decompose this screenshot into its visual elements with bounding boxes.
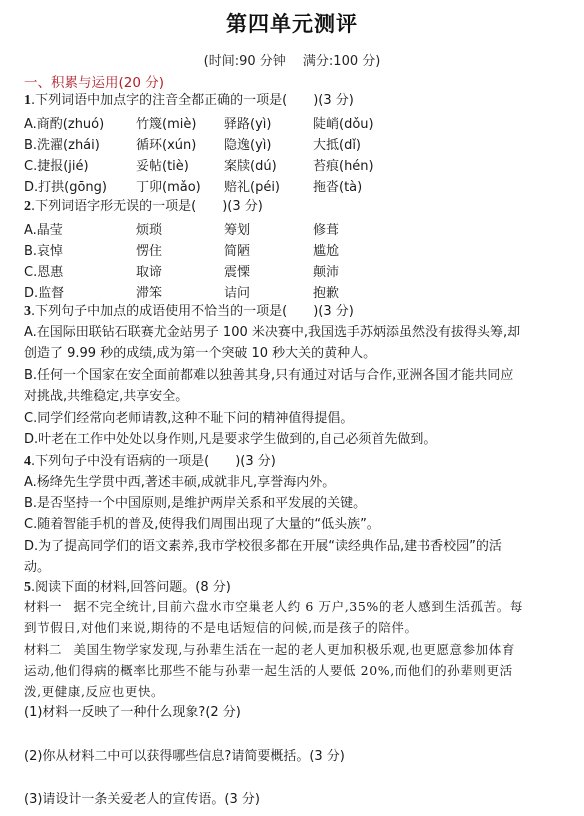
question-3-stem: 3.下列句子中加点的成语使用不恰当的一项是( )(3 分) bbox=[24, 302, 354, 322]
option-d-line-2: 动。 bbox=[24, 558, 50, 578]
question-number: 1 bbox=[24, 93, 31, 108]
option-cell: C.恩惠 bbox=[24, 261, 63, 280]
option-b-line-2: 对挑战,共维稳定,共享安全。 bbox=[24, 387, 188, 407]
material-1-line-2: 到节假日,对他们来说,期待的不是电话短信的问候,而是孩子的陪伴。 bbox=[24, 618, 418, 638]
page-title: 第四单元测评 bbox=[0, 8, 584, 38]
option-b: B.是否坚持一个中国原则,是维护两岸关系和平发展的关键。 bbox=[24, 494, 366, 514]
option-cell: 颠沛 bbox=[313, 261, 339, 280]
material-1-line-1: 材料一据不完全统计,目前六盘水市空巢老人约 6 万户,35%的老人感到生活孤苦。… bbox=[24, 597, 523, 617]
option-d: D.叶老在工作中处处以身作则,凡是要求学生做到的,自己必须首先做到。 bbox=[24, 430, 436, 450]
option-row-a: A.商酌(zhuó) 竹篾(miè) 驿路(yì) 陡峭(dǒu) bbox=[24, 113, 564, 133]
option-a-line-1: A.在国际田联钻石联赛尤金站男子 100 米决赛中,我国选手苏炳添虽然没有拔得头… bbox=[24, 323, 520, 343]
question-1-stem: 1.下列词语中加点字的注音全都正确的一项是( )(3 分) bbox=[24, 91, 354, 111]
option-cell: 大抵(dǐ) bbox=[313, 134, 361, 153]
option-cell: D.监督 bbox=[24, 282, 64, 301]
sub-question-1: (1)材料一反映了一种什么现象?(2 分) bbox=[24, 703, 241, 723]
material-label: 材料二 bbox=[24, 642, 62, 657]
option-cell: 陡峭(dǒu) bbox=[313, 113, 374, 132]
option-cell: 简陋 bbox=[224, 240, 250, 259]
option-cell: 滞笨 bbox=[136, 282, 162, 301]
option-row-d: D.打拱(gōng) 丁卯(mǎo) 赔礼(péi) 拖沓(tà) bbox=[24, 176, 564, 196]
option-row-c: C.捷报(jié) 妥帖(tiè) 案牍(dú) 苔痕(hén) bbox=[24, 155, 564, 175]
option-cell: B.洗濯(zhái) bbox=[24, 134, 100, 153]
question-number: 3 bbox=[24, 304, 31, 319]
option-cell: 修葺 bbox=[313, 219, 339, 238]
material-label: 材料一 bbox=[24, 599, 62, 614]
option-d-line-1: D.为了提高同学们的语文素养,我市学校很多都在开展“读经典作品,建书香校园”的活 bbox=[24, 537, 502, 557]
option-cell: 赔礼(péi) bbox=[224, 176, 280, 195]
option-cell: 苔痕(hén) bbox=[313, 155, 374, 174]
option-cell: 愣住 bbox=[136, 240, 162, 259]
option-a-line-2: 创造了 9.99 秒的成绩,成为第一个突破 10 秒大关的黄种人。 bbox=[24, 344, 376, 364]
option-c: C.随着智能手机的普及,使得我们周围出现了大量的“低头族”。 bbox=[24, 515, 380, 535]
option-cell: A.晶莹 bbox=[24, 219, 63, 238]
option-cell: 筹划 bbox=[224, 219, 250, 238]
option-cell: C.捷报(jié) bbox=[24, 155, 89, 174]
option-cell: 驿路(yì) bbox=[224, 113, 271, 132]
option-b-line-1: B.任何一个国家在安全面前都难以独善其身,只有通过对话与合作,亚洲各国才能共同应 bbox=[24, 366, 513, 386]
question-text: .下列句子中没有语病的一项是( )(3 分) bbox=[31, 454, 276, 469]
option-cell: 烦琐 bbox=[136, 219, 162, 238]
question-2-stem: 2.下列词语字形无误的一项是( )(3 分) bbox=[24, 197, 263, 217]
question-number: 4 bbox=[24, 454, 31, 469]
option-cell: 拖沓(tà) bbox=[313, 176, 362, 195]
question-5-stem: 5.阅读下面的材料,回答问题。(8 分) bbox=[24, 578, 231, 598]
option-a: A.杨绛先生学贯中西,著述丰硕,成就非凡,享誉海内外。 bbox=[24, 473, 335, 493]
option-cell: 取谛 bbox=[136, 261, 162, 280]
sub-question-3: (3)请设计一条关爱老人的宣传语。(3 分) bbox=[24, 790, 260, 810]
option-row-c: C.恩惠 取谛 震慄 颠沛 bbox=[24, 261, 564, 281]
option-cell: B.哀悼 bbox=[24, 240, 63, 259]
material-2-line-3: 泼,更健康,反应也更快。 bbox=[24, 682, 164, 702]
option-cell: 循环(xún) bbox=[136, 134, 196, 153]
option-cell: 丁卯(mǎo) bbox=[136, 176, 201, 195]
material-text: 据不完全统计,目前六盘水市空巢老人约 6 万户,35%的老人感到生活孤苦。每 bbox=[74, 599, 523, 614]
option-cell: 隐逸(yì) bbox=[224, 134, 271, 153]
question-text: .下列词语中加点字的注音全都正确的一项是( )(3 分) bbox=[31, 93, 354, 108]
option-cell: 妥帖(tiè) bbox=[136, 155, 189, 174]
option-cell: 案牍(dú) bbox=[224, 155, 277, 174]
option-cell: 震慄 bbox=[224, 261, 250, 280]
question-4-stem: 4.下列句子中没有语病的一项是( )(3 分) bbox=[24, 452, 276, 472]
sub-question-2: (2)你从材料二中可以获得哪些信息?请简要概括。(3 分) bbox=[24, 747, 345, 767]
option-row-a: A.晶莹 烦琐 筹划 修葺 bbox=[24, 219, 564, 239]
option-cell: 抱歉 bbox=[313, 282, 339, 301]
material-2-line-2: 运动,他们得病的概率比那些不能与孙辈一起生活的人要低 20%,而他们的孙辈则更活 bbox=[24, 661, 513, 681]
option-cell: A.商酌(zhuó) bbox=[24, 113, 104, 132]
option-c: C.同学们经常向老师请教,这种不耻下问的精神值得提倡。 bbox=[24, 409, 353, 429]
question-text: .阅读下面的材料,回答问题。(8 分) bbox=[31, 580, 231, 595]
option-row-d: D.监督 滞笨 诘问 抱歉 bbox=[24, 282, 564, 302]
option-row-b: B.哀悼 愣住 简陋 尴尬 bbox=[24, 240, 564, 260]
material-text: 美国生物学家发现,与孙辈生活在一起的老人更加积极乐观,也更愿意参加体育 bbox=[74, 642, 515, 657]
exam-time-and-score: (时间:90 分钟 满分:100 分) bbox=[0, 50, 584, 69]
option-cell: D.打拱(gōng) bbox=[24, 176, 107, 195]
option-cell: 尴尬 bbox=[313, 240, 339, 259]
question-number: 5 bbox=[24, 580, 31, 595]
option-cell: 诘问 bbox=[224, 282, 250, 301]
question-text: .下列句子中加点的成语使用不恰当的一项是( )(3 分) bbox=[31, 304, 354, 319]
option-row-b: B.洗濯(zhái) 循环(xún) 隐逸(yì) 大抵(dǐ) bbox=[24, 134, 564, 154]
question-text: .下列词语字形无误的一项是( )(3 分) bbox=[31, 199, 263, 214]
section-heading: 一、积累与运用(20 分) bbox=[24, 71, 164, 91]
question-number: 2 bbox=[24, 199, 31, 214]
option-cell: 竹篾(miè) bbox=[136, 113, 196, 132]
material-2-line-1: 材料二美国生物学家发现,与孙辈生活在一起的老人更加积极乐观,也更愿意参加体育 bbox=[24, 640, 515, 660]
